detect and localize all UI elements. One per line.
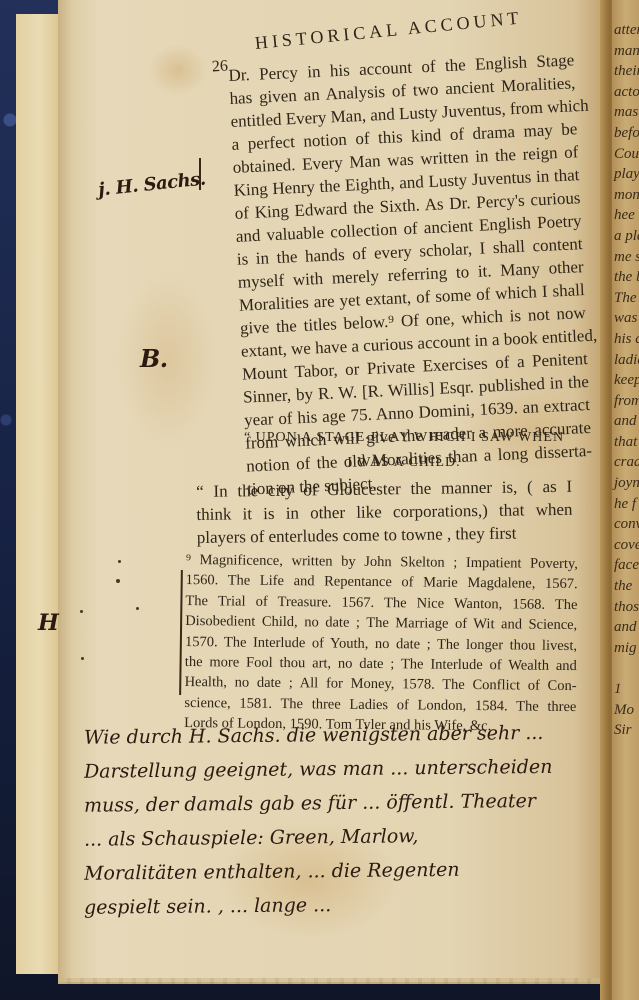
facing-text-line: attend the [614, 20, 639, 41]
facing-page-text: attend themans servantheir publikactors,… [614, 20, 639, 741]
facing-text-line: cradle [614, 452, 639, 473]
facing-text-line: mans servan [614, 41, 639, 62]
handwritten-line: Moralitäten enthalten, ... die Regenten [84, 851, 604, 890]
facing-text-line: that in [614, 432, 639, 453]
facing-text-line: Mo [614, 700, 639, 721]
facing-text-line: joynin [614, 473, 639, 494]
facing-text-line: his co [614, 329, 639, 350]
section-title-line-1: “ UPON A STAGE-PLAY WHICH I SAW WHEN [234, 425, 574, 450]
ink-speck [136, 607, 139, 610]
handwritten-line: Darstellung geeignet, was man ... unters… [84, 749, 604, 788]
facing-text-line: face, [614, 555, 639, 576]
handwritten-note: Wie durch H. Sachs. die wenigsten aber s… [84, 718, 604, 922]
facing-text-line: was p [614, 308, 639, 329]
handwritten-line: gespielt sein. , ... lange ... [84, 885, 604, 924]
facing-text-line: thos [614, 597, 639, 618]
facing-text-line: Sir [614, 720, 639, 741]
facing-text-line: Counsell o [614, 144, 639, 165]
facing-page: attend themans servantheir publikactors,… [612, 0, 639, 1000]
ink-speck [81, 657, 84, 660]
facing-text-line [614, 658, 639, 679]
facing-text-line: the [614, 576, 639, 597]
facing-text-line: their publik [614, 61, 639, 82]
facing-text-line: actors, or [614, 82, 639, 103]
facing-text-line: and lil [614, 411, 639, 432]
facing-text-line: he f [614, 494, 639, 515]
facing-text-line: conv [614, 514, 639, 535]
facing-text-line: money, t [614, 185, 639, 206]
facing-text-line: The pl [614, 288, 639, 309]
ink-speck [116, 579, 120, 583]
ink-speck [80, 610, 83, 613]
handwritten-line: ... als Schauspiele: Green, Marlow, [84, 817, 604, 856]
footnote: ⁹ Magnificence, written by John Skelton … [184, 550, 578, 738]
facing-text-line: the ben [614, 267, 639, 288]
facing-text-line: mastet, he [614, 102, 639, 123]
body-paragraph-2: “ In the city of Gloucester the manner i… [196, 475, 573, 549]
facing-text-line: 1 [614, 679, 639, 700]
facing-text-line: and [614, 617, 639, 638]
handwritten-line: Wie durch H. Sachs. die wenigsten aber s… [84, 715, 604, 754]
facing-text-line: hee think [614, 205, 639, 226]
facing-text-line: a play, [614, 226, 639, 247]
page-number: 26 [211, 57, 228, 76]
facing-text-line: keepin [614, 370, 639, 391]
facing-text-line: from l [614, 391, 639, 412]
section-title-line-2: I WAS A CHILD. [234, 450, 574, 475]
facing-text-line: play: who [614, 164, 639, 185]
facing-text-line: ladies [614, 350, 639, 371]
facing-text-line: before him [614, 123, 639, 144]
margin-note-b: B. [140, 344, 168, 373]
facing-text-line: cove [614, 535, 639, 556]
facing-text-line: me stan [614, 247, 639, 268]
ink-speck [118, 560, 121, 563]
section-title: “ UPON A STAGE-PLAY WHICH I SAW WHEN I W… [234, 425, 574, 475]
margin-note-h: H [38, 610, 58, 636]
facing-text-line: mig [614, 638, 639, 659]
handwritten-line: muss, der damals gab es für ... öffentl.… [84, 783, 604, 822]
